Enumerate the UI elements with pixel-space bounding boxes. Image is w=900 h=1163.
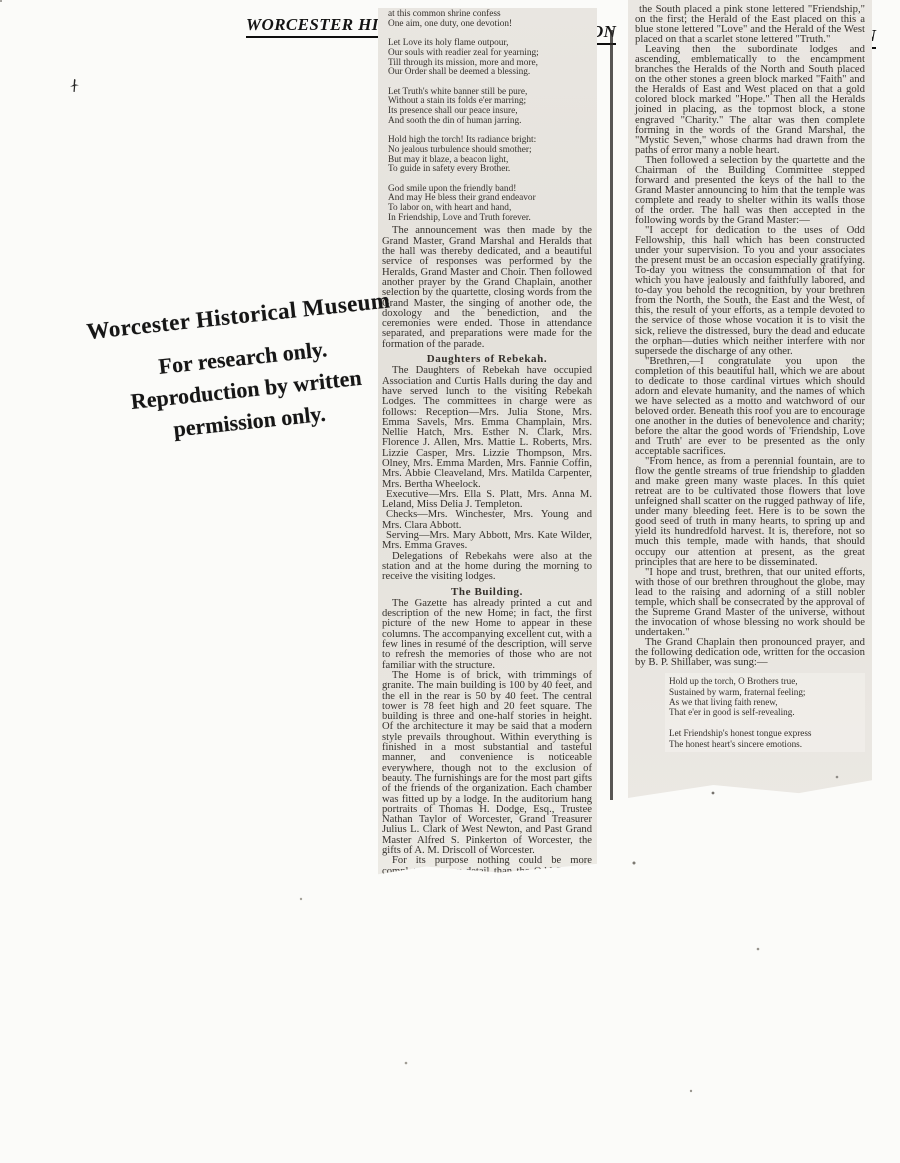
clipping-edge-shadow <box>610 30 613 800</box>
paragraph-leaving-lodges: Leaving then the subordinate lodges and … <box>635 44 865 155</box>
paragraph-perennial-fountain: "From hence, as from a perennial fountai… <box>635 456 865 567</box>
paragraph-corner-stones: the South placed a pink stone lettered "… <box>635 4 865 44</box>
dedication-poem: at this common shrine confess One aim, o… <box>388 10 592 223</box>
paragraph-home-description: The Home is of brick, with trimmings of … <box>382 671 592 856</box>
paragraph-executive-committee: Executive—Mrs. Ella S. Platt, Mrs. Anna … <box>382 490 592 511</box>
paragraph-checks-committee: Checks—Mrs. Winchester, Mrs. Young and M… <box>382 510 592 531</box>
section-heading-daughters-of-rebekah: Daughters of Rebekah. <box>382 354 592 364</box>
paragraph-grand-chaplain: The Grand Chaplain then pronounced praye… <box>635 637 865 667</box>
section-heading-the-building: The Building. <box>382 587 592 597</box>
paragraph-purpose: For its purpose nothing could be more co… <box>382 856 592 876</box>
paragraph-serving-committee: Serving—Mrs. Mary Abbott, Mrs. Kate Wild… <box>382 531 592 552</box>
archive-stamp: Worcester Historical Museum For research… <box>70 286 418 452</box>
paragraph-grand-master-accept: "I accept for dedication to the uses of … <box>635 225 865 356</box>
paragraph-brethren-congratulate: "Brethren,—I congratulate you upon the c… <box>635 356 865 456</box>
paragraph-gazette-cut: The Gazette has already printed a cut an… <box>382 599 592 671</box>
paragraph-delegations: Delegations of Rebekahs were also at the… <box>382 552 592 583</box>
newspaper-clipping-right-column: the South placed a pink stone lettered "… <box>628 0 872 806</box>
paragraph-announcement: The announcement was then made by the Gr… <box>382 226 592 350</box>
paragraph-hope-and-trust: "I hope and trust, brethren, that our un… <box>635 567 865 637</box>
dedication-ode: Hold up the torch, O Brothers true, Sust… <box>665 673 865 752</box>
paper-speckles <box>0 0 2 2</box>
ink-mark <box>70 79 79 92</box>
newspaper-clipping-left-column: at this common shrine confess One aim, o… <box>378 8 597 876</box>
paragraph-quartette-keys: Then followed a selection by the quartet… <box>635 155 865 225</box>
